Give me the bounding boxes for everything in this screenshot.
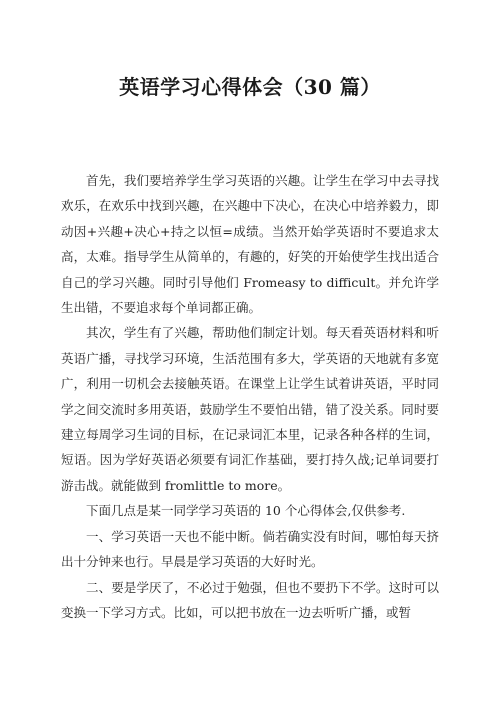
paragraph-make-plan: 其次，学生有了兴趣，帮助他们制定计划。每天看英语材料和听英语广播，寻找学习环境，… [61,320,439,498]
paragraph-cultivate-interest: 首先，我们要培养学生学习英语的兴趣。让学生在学习中去寻找欢乐，在欢乐中找到兴趣，… [61,168,439,320]
paragraph-tips-intro: 下面几点是某一同学学习英语的 10 个心得体会,仅供参考. [61,498,439,523]
document-body: 首先，我们要培养学生学习英语的兴趣。让学生在学习中去寻找欢乐，在欢乐中找到兴趣，… [61,168,439,625]
paragraph-tip-two: 二、要是学厌了，不必过于勉强，但也不要扔下不学。这时可以变换一下学习方式。比如，… [61,575,439,626]
document-page: 英语学习心得体会（30 篇） 首先，我们要培养学生学习英语的兴趣。让学生在学习中… [0,0,500,707]
document-title: 英语学习心得体会（30 篇） [0,0,500,101]
paragraph-tip-one: 一、学习英语一天也不能中断。倘若确实没有时间，哪怕每天挤出十分钟来也行。早晨是学… [61,524,439,575]
